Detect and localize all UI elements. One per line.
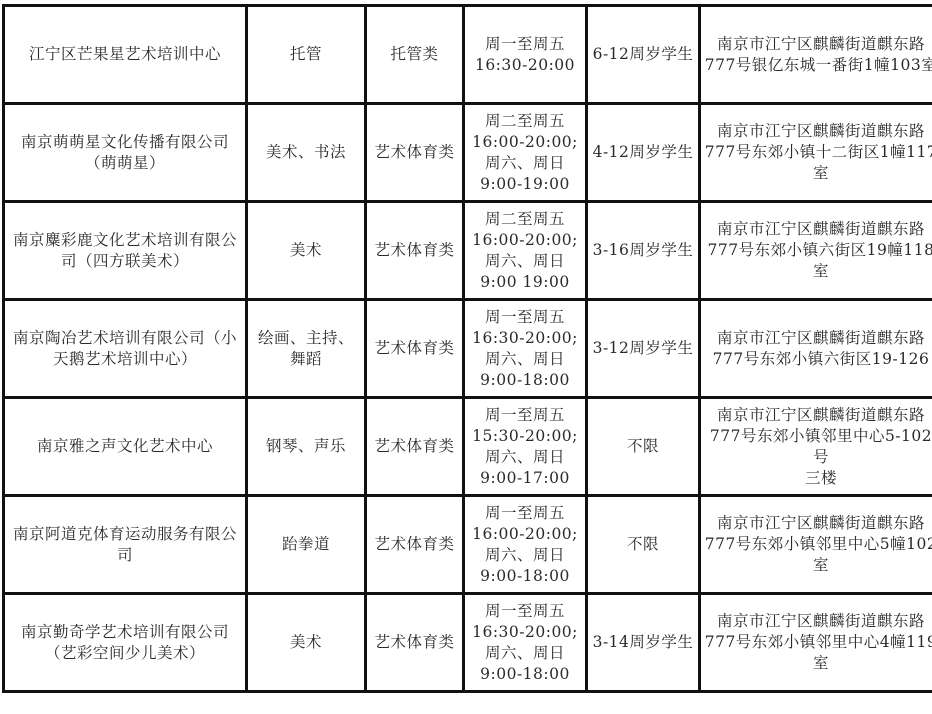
institution-name-cell: 江宁区芒果星艺术培训中心 <box>4 6 247 104</box>
institution-name-cell: 南京勤奇学艺术培训有限公司 （艺彩空间少儿美术） <box>4 594 247 692</box>
category-cell: 艺术体育类 <box>366 398 464 496</box>
institution-name-cell: 南京陶冶艺术培训有限公司（小 天鹅艺术培训中心） <box>4 300 247 398</box>
address-cell: 南京市江宁区麒麟街道麒东路 777号东郊小镇六街区19-126 <box>700 300 932 398</box>
institution-table: 江宁区芒果星艺术培训中心 托管 托管类 周一至周五 16:30-20:00 6-… <box>2 4 932 693</box>
age-range-cell: 不限 <box>587 398 700 496</box>
address-cell: 南京市江宁区麒麟街道麒东路 777号东郊小镇邻里中心5幢102 室 <box>700 496 932 594</box>
hours-cell: 周一至周五 16:30-20:00 <box>464 6 587 104</box>
category-cell: 艺术体育类 <box>366 594 464 692</box>
address-cell: 南京市江宁区麒麟街道麒东路 777号东郊小镇十二街区1幢117 室 <box>700 104 932 202</box>
program-cell: 美术、书法 <box>247 104 366 202</box>
institution-name-cell: 南京萌萌星文化传播有限公司 （萌萌星） <box>4 104 247 202</box>
category-cell: 艺术体育类 <box>366 202 464 300</box>
age-range-cell: 6-12周岁学生 <box>587 6 700 104</box>
age-range-cell: 3-12周岁学生 <box>587 300 700 398</box>
table-row: 南京萌萌星文化传播有限公司 （萌萌星） 美术、书法 艺术体育类 周二至周五 16… <box>4 104 932 202</box>
age-range-cell: 4-12周岁学生 <box>587 104 700 202</box>
hours-cell: 周二至周五 16:00-20:00; 周六、周日 9:00-19:00 <box>464 104 587 202</box>
address-cell: 南京市江宁区麒麟街道麒东路 777号东郊小镇邻里中心5-102号 三楼 <box>700 398 932 496</box>
hours-cell: 周一至周五 15:30-20:00; 周六、周日 9:00-17:00 <box>464 398 587 496</box>
hours-cell: 周一至周五 16:30-20:00; 周六、周日 9:00-18:00 <box>464 594 587 692</box>
address-cell: 南京市江宁区麒麟街道麒东路 777号银亿东城一番街1幢103室 <box>700 6 932 104</box>
table-row: 南京麋彩鹿文化艺术培训有限公 司（四方联美术） 美术 艺术体育类 周二至周五 1… <box>4 202 932 300</box>
table-row: 南京勤奇学艺术培训有限公司 （艺彩空间少儿美术） 美术 艺术体育类 周一至周五 … <box>4 594 932 692</box>
program-cell: 绘画、主持、 舞蹈 <box>247 300 366 398</box>
category-cell: 艺术体育类 <box>366 496 464 594</box>
hours-cell: 周一至周五 16:00-20:00; 周六、周日 9:00-18:00 <box>464 496 587 594</box>
program-cell: 钢琴、声乐 <box>247 398 366 496</box>
program-cell: 跆拳道 <box>247 496 366 594</box>
program-cell: 托管 <box>247 6 366 104</box>
program-cell: 美术 <box>247 594 366 692</box>
hours-cell: 周二至周五 16:00-20:00; 周六、周日 9:00 19:00 <box>464 202 587 300</box>
institution-name-cell: 南京雅之声文化艺术中心 <box>4 398 247 496</box>
program-cell: 美术 <box>247 202 366 300</box>
age-range-cell: 3-16周岁学生 <box>587 202 700 300</box>
table-row: 江宁区芒果星艺术培训中心 托管 托管类 周一至周五 16:30-20:00 6-… <box>4 6 932 104</box>
age-range-cell: 3-14周岁学生 <box>587 594 700 692</box>
address-cell: 南京市江宁区麒麟街道麒东路 777号东郊小镇邻里中心4幢119 室 <box>700 594 932 692</box>
category-cell: 艺术体育类 <box>366 104 464 202</box>
category-cell: 托管类 <box>366 6 464 104</box>
hours-cell: 周一至周五 16:30-20:00; 周六、周日 9:00-18:00 <box>464 300 587 398</box>
category-cell: 艺术体育类 <box>366 300 464 398</box>
table-row: 南京陶冶艺术培训有限公司（小 天鹅艺术培训中心） 绘画、主持、 舞蹈 艺术体育类… <box>4 300 932 398</box>
address-cell: 南京市江宁区麒麟街道麒东路 777号东郊小镇六街区19幢118室 <box>700 202 932 300</box>
table-row: 南京雅之声文化艺术中心 钢琴、声乐 艺术体育类 周一至周五 15:30-20:0… <box>4 398 932 496</box>
institution-name-cell: 南京阿道克体育运动服务有限公 司 <box>4 496 247 594</box>
table-row: 南京阿道克体育运动服务有限公 司 跆拳道 艺术体育类 周一至周五 16:00-2… <box>4 496 932 594</box>
institution-name-cell: 南京麋彩鹿文化艺术培训有限公 司（四方联美术） <box>4 202 247 300</box>
age-range-cell: 不限 <box>587 496 700 594</box>
